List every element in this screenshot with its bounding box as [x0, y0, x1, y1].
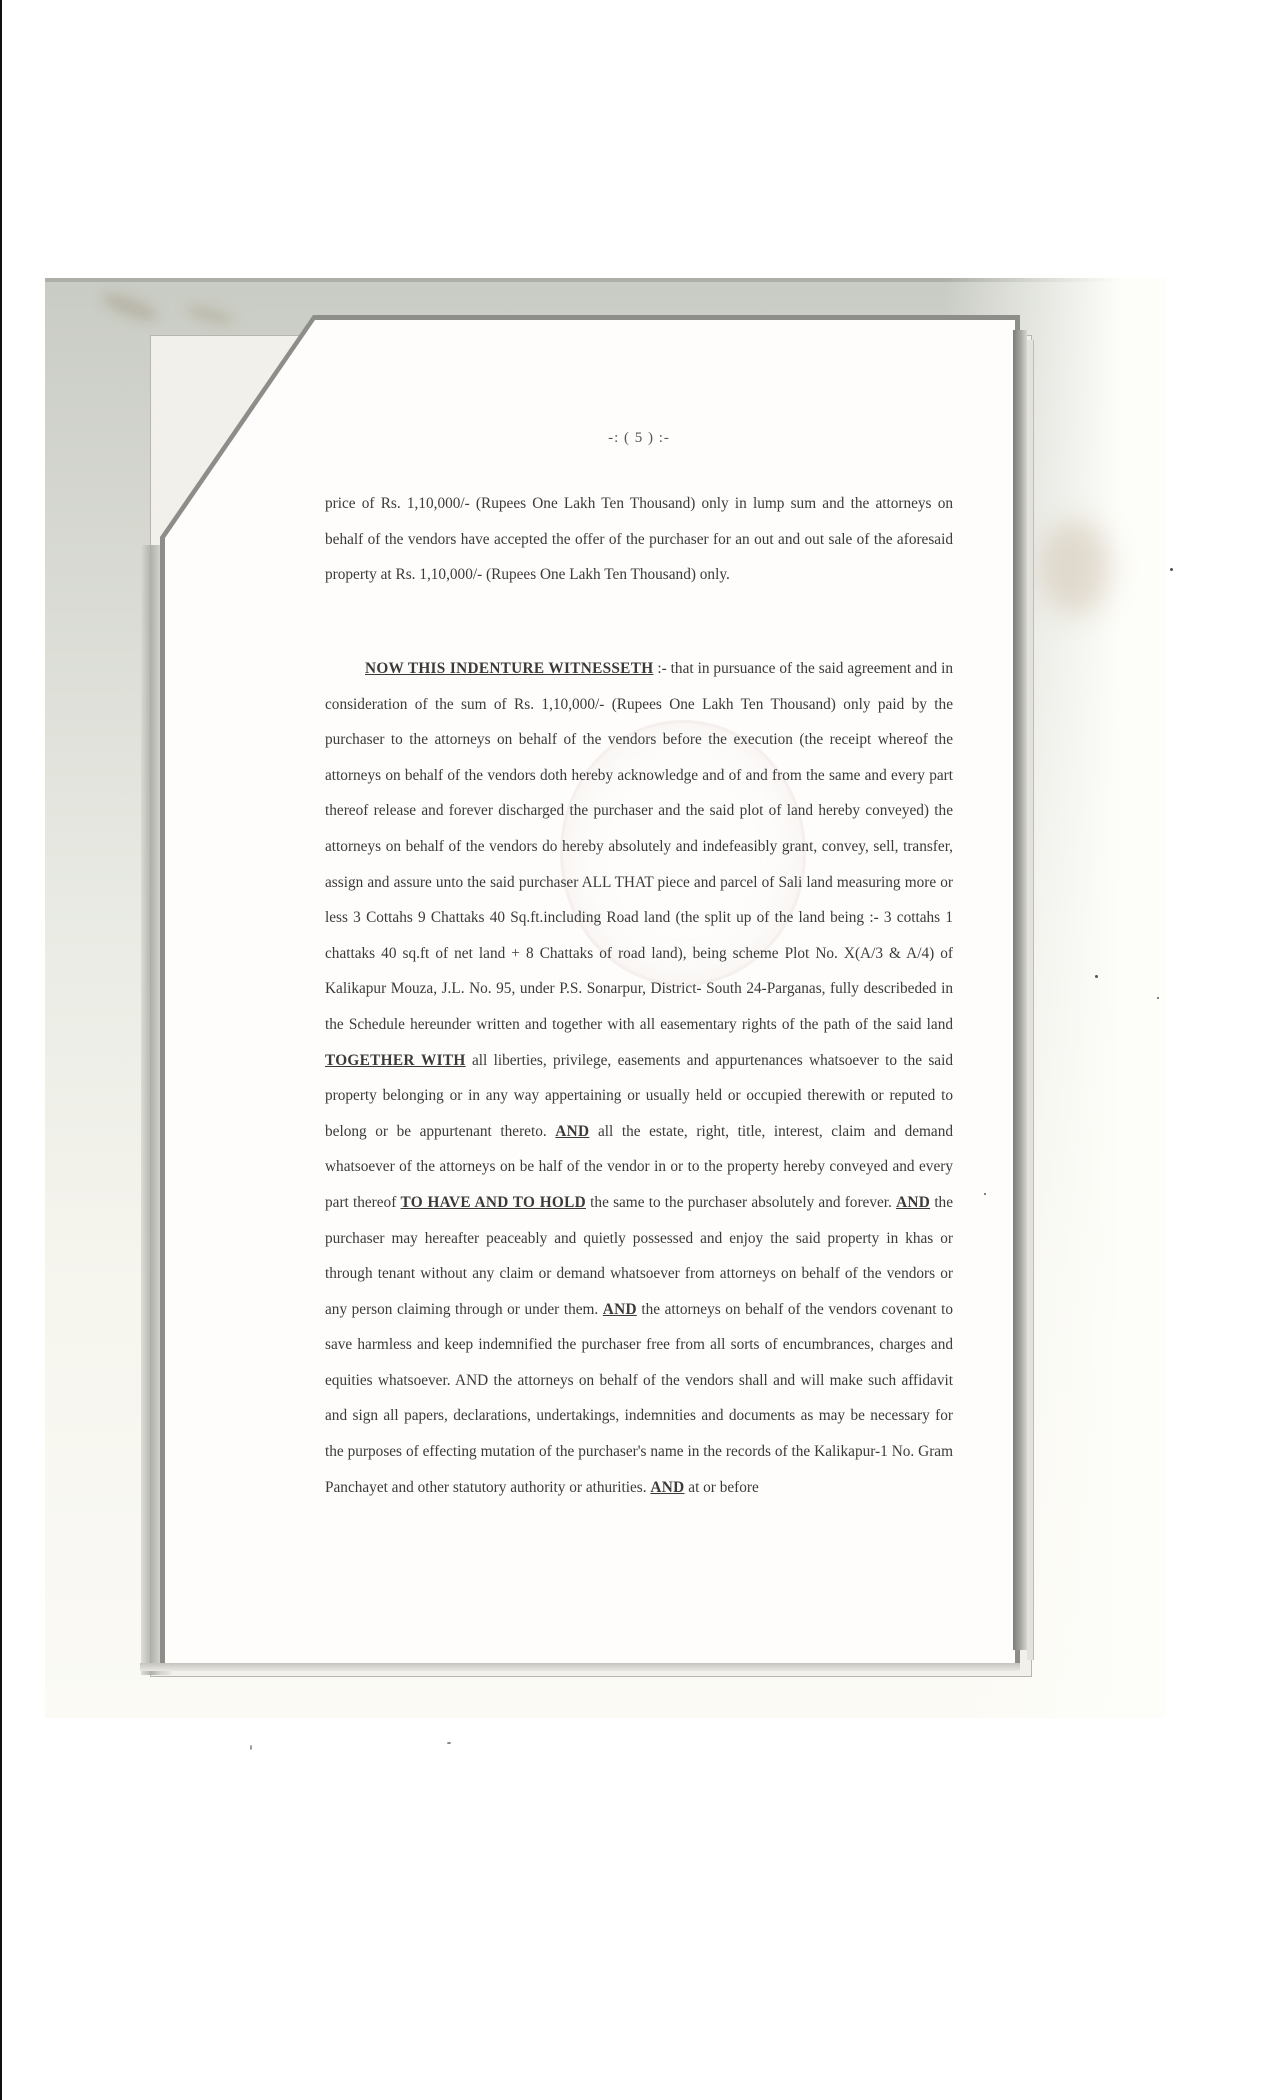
- dust-speck: [1157, 997, 1159, 999]
- keyword-together-with: TOGETHER WITH: [325, 1052, 466, 1069]
- text-segment: at or before: [684, 1479, 758, 1496]
- text-segment: the attorneys on behalf of the vendors c…: [325, 1301, 953, 1496]
- text-segment: the purchaser may hereafter peaceably an…: [325, 1194, 953, 1318]
- stain-mark: [1040, 520, 1110, 615]
- dust-speck: [447, 1742, 451, 1744]
- page-number: -: ( 5 ) :-: [325, 430, 953, 447]
- stacked-sheets-right-edge-outer: [1027, 340, 1034, 1660]
- keyword-now-this-indenture-witnesseth: NOW THIS INDENTURE WITNESSETH: [365, 660, 653, 677]
- dust-speck: [250, 1745, 252, 1750]
- stacked-sheets-right-edge: [1013, 330, 1027, 1650]
- stacked-sheets-bottom-edge: [140, 1663, 1020, 1671]
- keyword-and: AND: [896, 1194, 930, 1211]
- text-segment: the same to the purchaser absolutely and…: [586, 1194, 896, 1211]
- left-border-line: [0, 0, 2, 2100]
- dust-speck: [1170, 568, 1173, 571]
- paragraph-indenture: NOW THIS INDENTURE WITNESSETH :- that in…: [325, 651, 953, 1505]
- text-segment: :- that in pursuance of the said agreeme…: [325, 660, 953, 1033]
- keyword-and: AND: [650, 1479, 684, 1496]
- paragraph-consideration: price of Rs. 1,10,000/- (Rupees One Lakh…: [325, 486, 953, 593]
- dust-speck: [1095, 975, 1098, 978]
- keyword-to-have-and-to-hold: TO HAVE AND TO HOLD: [401, 1194, 586, 1211]
- keyword-and: AND: [555, 1123, 589, 1140]
- dust-speck: [984, 1193, 986, 1195]
- keyword-and: AND: [603, 1301, 637, 1318]
